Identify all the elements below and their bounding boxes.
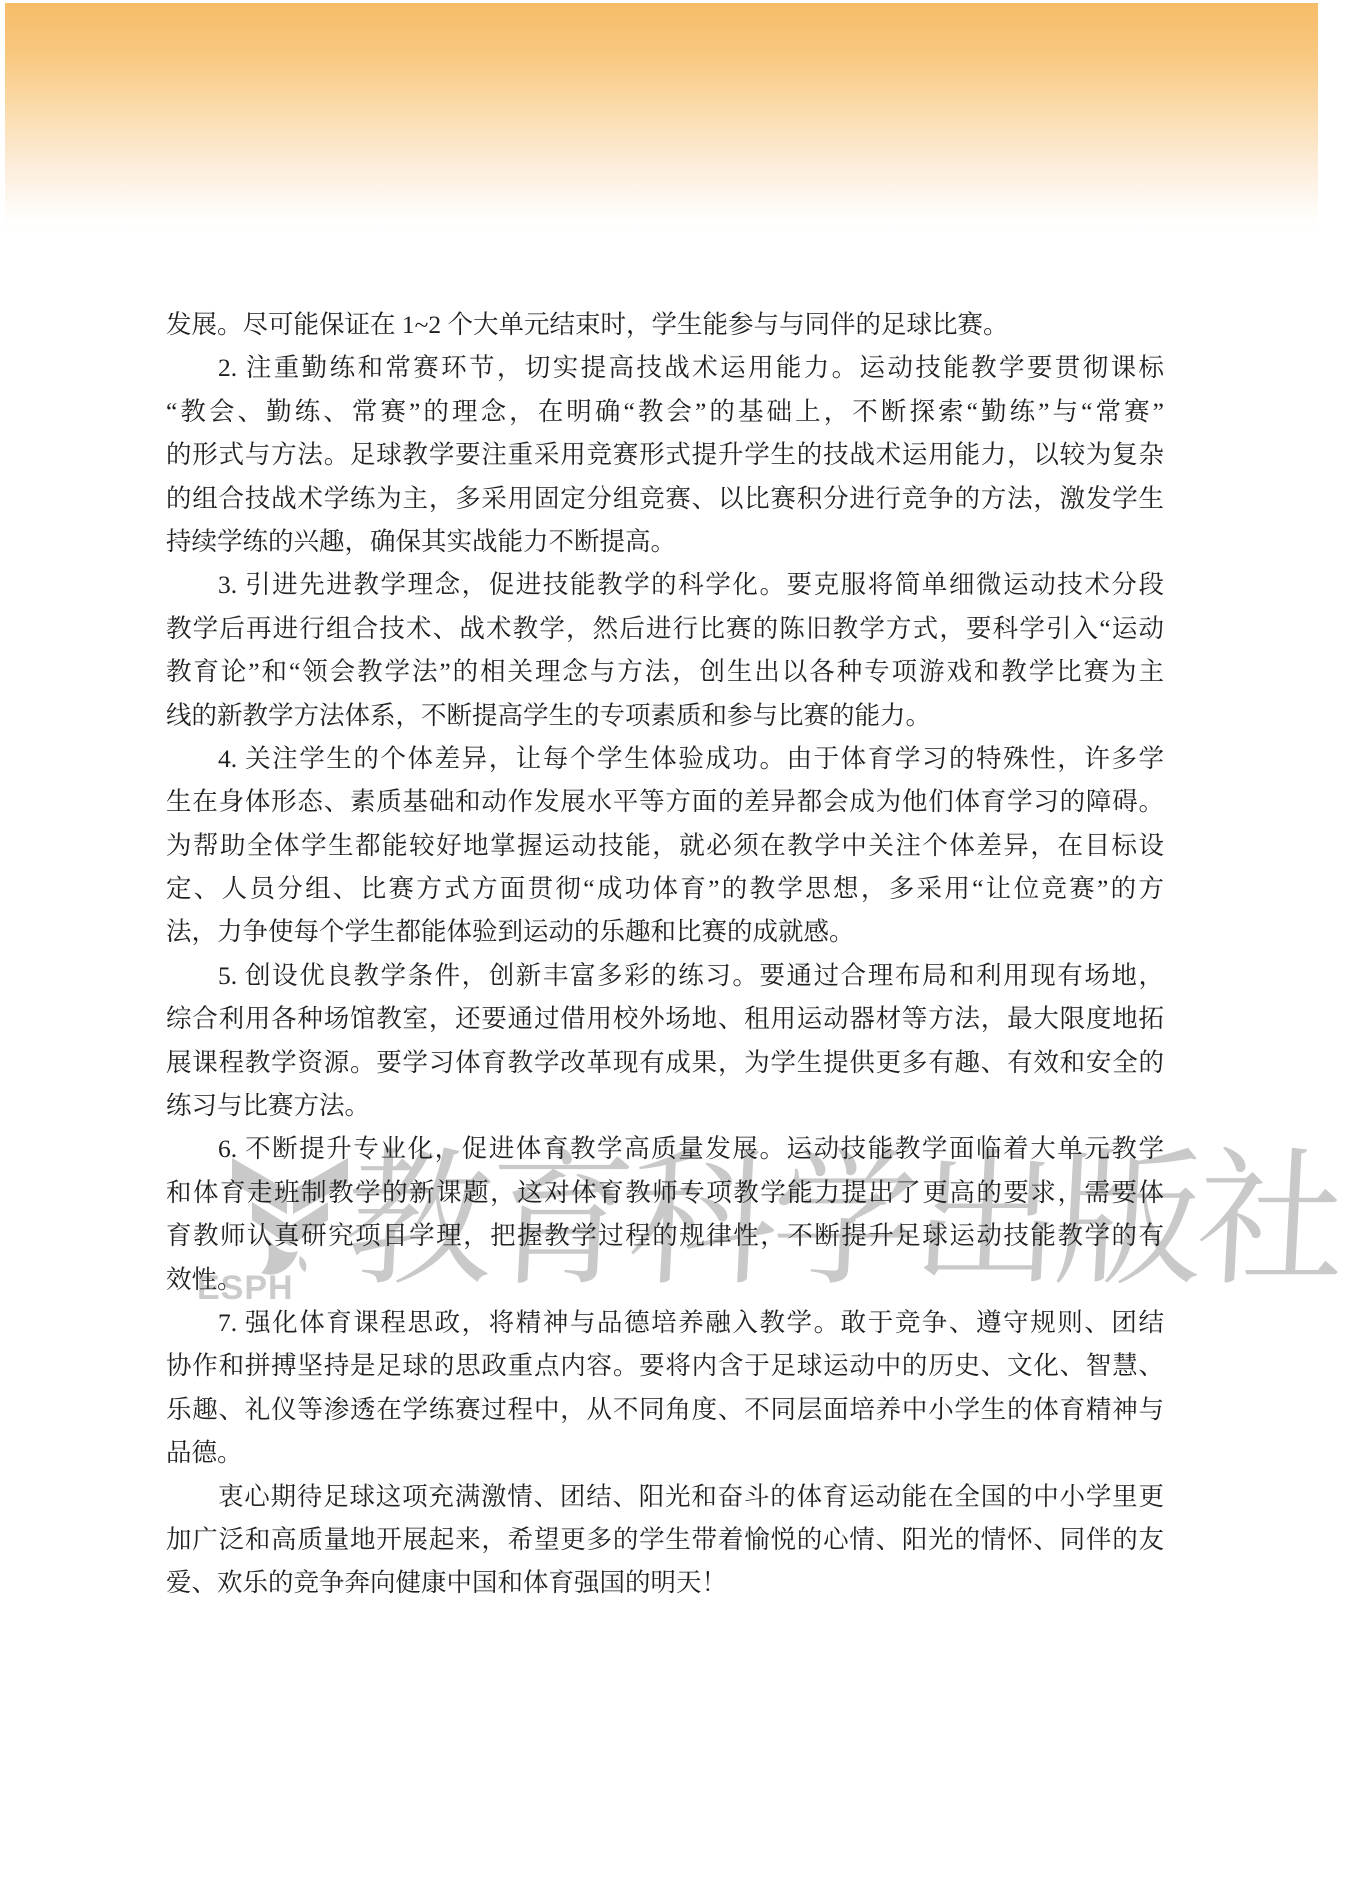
text-line: 线的新教学方法体系，不断提高学生的专项素质和参与比赛的能力。: [166, 694, 1164, 737]
text-line: 乐趣、礼仪等渗透在学练赛过程中，从不同角度、不同层面培养中小学生的体育精神与: [166, 1388, 1164, 1431]
text-line: 4. 关注学生的个体差异，让每个学生体验成功。由于体育学习的特殊性，许多学: [166, 737, 1164, 780]
text-line: 爱、欢乐的竞争奔向健康中国和体育强国的明天！: [166, 1561, 1164, 1604]
document-page: ESPH 教育科学出版社 发展。尽可能保证在 1~2 个大单元结束时，学生能参与…: [0, 0, 1346, 1885]
text-line: 生在身体形态、素质基础和动作发展水平等方面的差异都会成为他们体育学习的障碍。: [166, 780, 1164, 823]
text-line: 育教师认真研究项目学理，把握教学过程的规律性，不断提升足球运动技能教学的有: [166, 1214, 1164, 1257]
text-line: 练习与比赛方法。: [166, 1084, 1164, 1127]
text-line: 7. 强化体育课程思政，将精神与品德培养融入教学。敢于竞争、遵守规则、团结: [166, 1301, 1164, 1344]
text-line: 6. 不断提升专业化，促进体育教学高质量发展。运动技能教学面临着大单元教学: [166, 1127, 1164, 1170]
text-line: 5. 创设优良教学条件，创新丰富多彩的练习。要通过合理布局和利用现有场地，: [166, 954, 1164, 997]
text-line: 的形式与方法。足球教学要注重采用竞赛形式提升学生的技战术运用能力，以较为复杂: [166, 433, 1164, 476]
body-text-block: 发展。尽可能保证在 1~2 个大单元结束时，学生能参与与同伴的足球比赛。2. 注…: [166, 303, 1164, 1605]
text-line: 加广泛和高质量地开展起来，希望更多的学生带着愉悦的心情、阳光的情怀、同伴的友: [166, 1518, 1164, 1561]
text-line: 和体育走班制教学的新课题，这对体育教师专项教学能力提出了更高的要求，需要体: [166, 1171, 1164, 1214]
text-line: 品德。: [166, 1431, 1164, 1474]
text-line: 发展。尽可能保证在 1~2 个大单元结束时，学生能参与与同伴的足球比赛。: [166, 303, 1164, 346]
text-line: 展课程教学资源。要学习体育教学改革现有成果，为学生提供更多有趣、有效和安全的: [166, 1041, 1164, 1084]
text-line: “教会、勤练、常赛”的理念，在明确“教会”的基础上，不断探索“勤练”与“常赛”: [166, 390, 1164, 433]
text-line: 综合利用各种场馆教室，还要通过借用校外场地、租用运动器材等方法，最大限度地拓: [166, 997, 1164, 1040]
text-line: 教育论”和“领会教学法”的相关理念与方法，创生出以各种专项游戏和教学比赛为主: [166, 650, 1164, 693]
text-line: 的组合技战术学练为主，多采用固定分组竞赛、以比赛积分进行竞争的方法，激发学生: [166, 477, 1164, 520]
text-line: 2. 注重勤练和常赛环节，切实提高技战术运用能力。运动技能教学要贯彻课标: [166, 346, 1164, 389]
text-line: 法，力争使每个学生都能体验到运动的乐趣和比赛的成就感。: [166, 910, 1164, 953]
text-line: 教学后再进行组合技术、战术教学，然后进行比赛的陈旧教学方式，要科学引入“运动: [166, 607, 1164, 650]
text-line: 持续学练的兴趣，确保其实战能力不断提高。: [166, 520, 1164, 563]
text-line: 为帮助全体学生都能较好地掌握运动技能，就必须在教学中关注个体差异，在目标设: [166, 824, 1164, 867]
text-line: 3. 引进先进教学理念，促进技能教学的科学化。要克服将简单细微运动技术分段: [166, 563, 1164, 606]
text-line: 定、人员分组、比赛方式方面贯彻“成功体育”的教学思想，多采用“让位竞赛”的方: [166, 867, 1164, 910]
text-line: 衷心期待足球这项充满激情、团结、阳光和奋斗的体育运动能在全国的中小学里更: [166, 1475, 1164, 1518]
text-line: 效性。: [166, 1258, 1164, 1301]
text-line: 协作和拼搏坚持是足球的思政重点内容。要将内含于足球运动中的历史、文化、智慧、: [166, 1344, 1164, 1387]
